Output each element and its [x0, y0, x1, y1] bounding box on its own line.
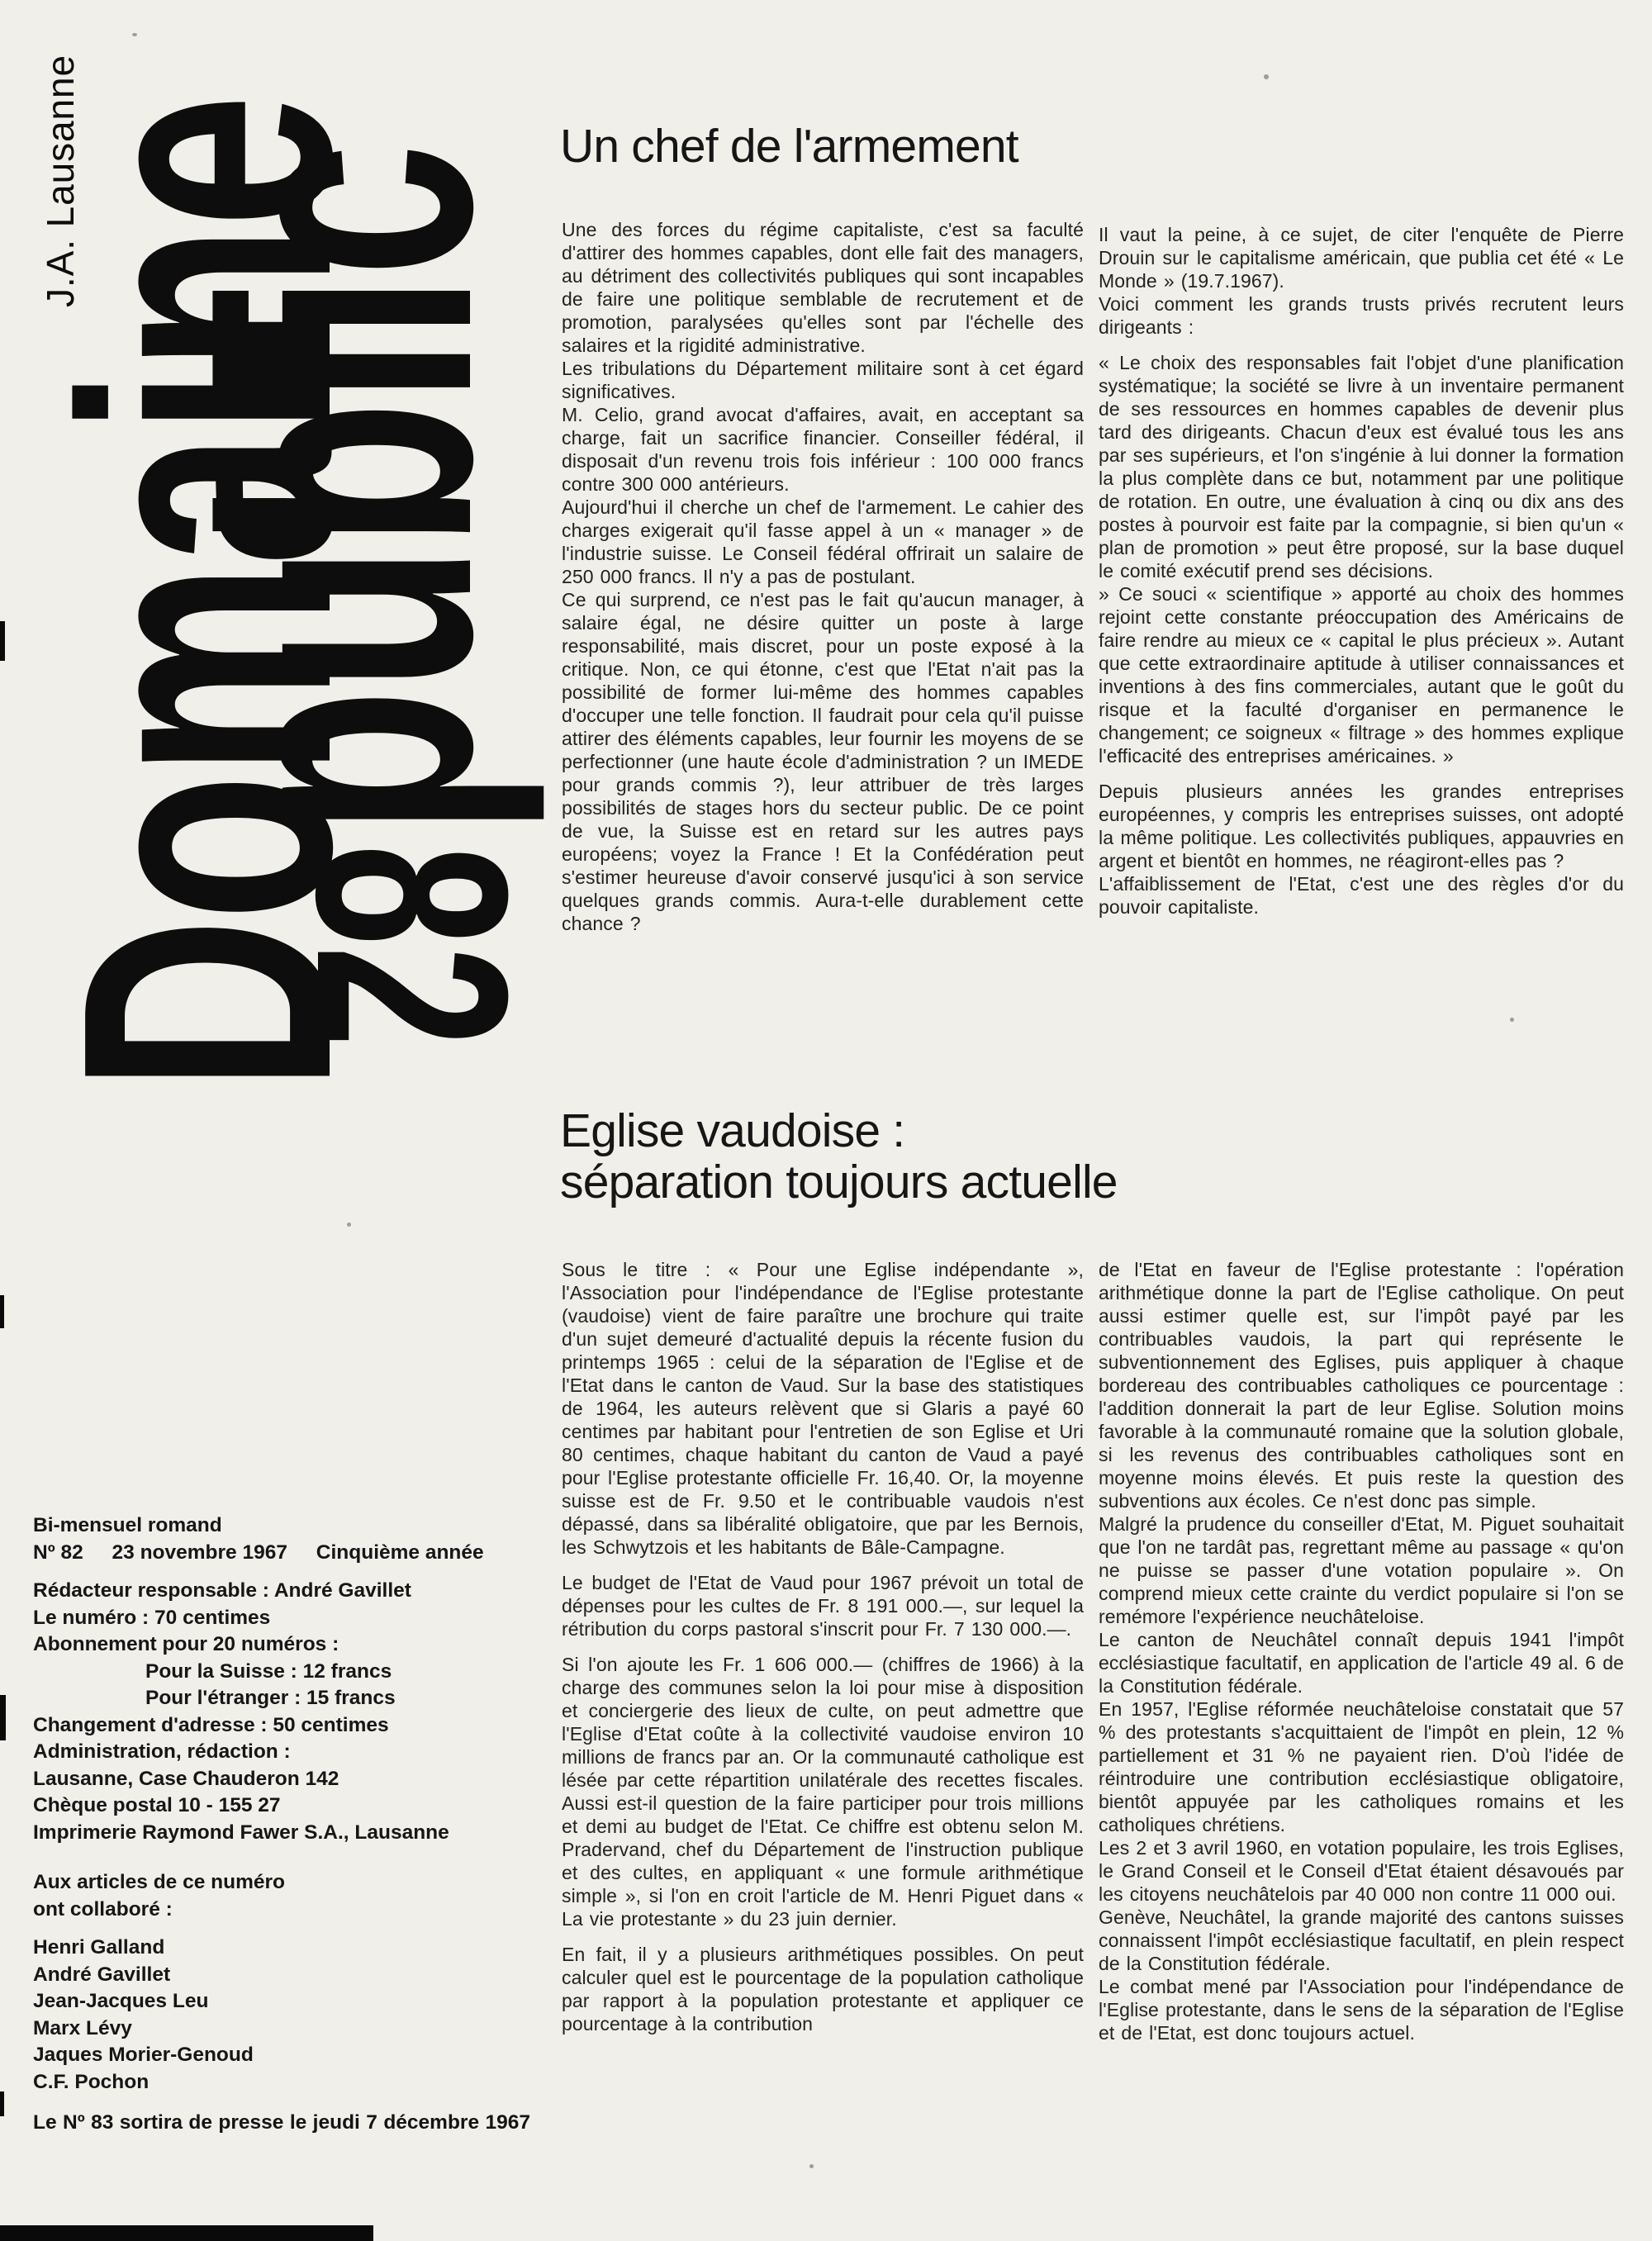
article-paragraph: En fait, il y a plusieurs arithmétiques … — [562, 1943, 1084, 2035]
article-paragraph: Une des forces du régime capitaliste, c'… — [562, 218, 1084, 357]
imprint-block: Bi-mensuel romand Nº 82 23 novembre 1967… — [33, 1512, 530, 2096]
contributor-name: André Gavillet — [33, 1962, 530, 1989]
article2-headline-line1: Eglise vaudoise : — [560, 1105, 1118, 1156]
imprint-address: Lausanne, Case Chauderon 142 — [33, 1766, 530, 1793]
article2-headline-line2: séparation toujours actuelle — [560, 1156, 1118, 1208]
masthead-title-public: public — [170, 146, 525, 836]
contributors-heading: Aux articles de ce numéro — [33, 1869, 530, 1897]
article-paragraph: Depuis plusieurs années les grandes entr… — [1099, 780, 1624, 872]
contributor-name: Henri Galland — [33, 1935, 530, 1962]
article2-column-2: de l'Etat en faveur de l'Eglise protesta… — [1099, 1258, 1624, 2044]
article-paragraph: Le canton de Neuchâtel connaît depuis 19… — [1099, 1628, 1624, 1697]
article-paragraph: Voici comment les grands trusts privés r… — [1099, 292, 1624, 339]
article-paragraph: Ce qui surprend, ce n'est pas le fait qu… — [562, 588, 1084, 935]
imprint-address-change: Changement d'adresse : 50 centimes — [33, 1712, 530, 1740]
article2-headline: Eglise vaudoise : séparation toujours ac… — [560, 1105, 1118, 1208]
article-paragraph: Les 2 et 3 avril 1960, en votation popul… — [1099, 1836, 1624, 1906]
imprint-postal-account: Chèque postal 10 - 155 27 — [33, 1792, 530, 1820]
article-paragraph: de l'Etat en faveur de l'Eglise protesta… — [1099, 1258, 1624, 1512]
scan-speck — [1510, 1018, 1514, 1022]
scan-speck — [347, 1223, 351, 1227]
next-issue-announcement: Le Nº 83 sortira de presse le jeudi 7 dé… — [33, 2111, 530, 2134]
article-paragraph: Malgré la prudence du conseiller d'Etat,… — [1099, 1512, 1624, 1628]
article1-column-1: Une des forces du régime capitaliste, c'… — [562, 218, 1084, 935]
article-paragraph: L'affaiblissement de l'Etat, c'est une d… — [1099, 872, 1624, 919]
imprint-issue-date: 23 novembre 1967 — [112, 1540, 287, 1567]
imprint-administration: Administration, rédaction : — [33, 1739, 530, 1766]
contributor-name: Jean-Jacques Leu — [33, 1988, 530, 2015]
article-paragraph: Le combat mené par l'Association pour l'… — [1099, 1975, 1624, 2044]
imprint-periodicity: Bi-mensuel romand — [33, 1512, 530, 1540]
article-quote-paragraph: » Ce souci « scientifique » apporté au c… — [1099, 582, 1624, 767]
imprint-editor: Rédacteur responsable : André Gavillet — [33, 1578, 530, 1605]
scan-speck — [1264, 74, 1269, 79]
imprint-printer: Imprimerie Raymond Fawer S.A., Lausanne — [33, 1820, 530, 1847]
contributor-name: C.F. Pochon — [33, 2069, 530, 2096]
imprint-subscription: Abonnement pour 20 numéros : — [33, 1631, 530, 1659]
article-paragraph: Aujourd'hui il cherche un chef de l'arme… — [562, 496, 1084, 588]
contributors-heading: ont collaboré : — [33, 1897, 530, 1924]
scan-speck — [809, 2164, 814, 2168]
article1-headline: Un chef de l'armement — [560, 121, 1018, 172]
contributors-list: Henri Galland André Gavillet Jean-Jacque… — [33, 1935, 530, 2096]
imprint-subscription-ch: Pour la Suisse : 12 francs — [33, 1659, 530, 1686]
imprint-issue-year: Cinquième année — [316, 1540, 484, 1567]
article-paragraph: Il vaut la peine, à ce sujet, de citer l… — [1099, 223, 1624, 292]
imprint-issue-line: Nº 82 23 novembre 1967 Cinquième année — [33, 1540, 530, 1567]
article-paragraph: Genève, Neuchâtel, la grande majorité de… — [1099, 1906, 1624, 1975]
scan-artifact-bar — [0, 2225, 373, 2241]
article-paragraph: Si l'on ajoute les Fr. 1 606 000.— (chif… — [562, 1653, 1084, 1930]
article-quote-paragraph: « Le choix des responsables fait l'objet… — [1099, 351, 1624, 582]
imprint-price: Le numéro : 70 centimes — [33, 1605, 530, 1632]
scanned-journal-page: { "masthead": { "agency_line": "J.A. Lau… — [0, 0, 1652, 2241]
scan-artifact-edge — [0, 2091, 4, 2116]
article2-column-1: Sous le titre : « Pour une Eglise indépe… — [562, 1258, 1084, 2035]
imprint-subscription-abroad: Pour l'étranger : 15 francs — [33, 1685, 530, 1712]
article-paragraph: Les tribulations du Département militair… — [562, 357, 1084, 403]
scan-speck — [132, 33, 137, 36]
article-paragraph: Sous le titre : « Pour une Eglise indépe… — [562, 1258, 1084, 1559]
contributor-name: Marx Lévy — [33, 2015, 530, 2043]
masthead-issue-number: 82 — [276, 844, 548, 1047]
imprint-issue-number: Nº 82 — [33, 1540, 83, 1567]
contributor-name: Jaques Morier-Genoud — [33, 2042, 530, 2069]
scan-artifact-edge — [0, 1295, 4, 1328]
scan-artifact-edge — [0, 1695, 6, 1740]
article-paragraph: M. Celio, grand avocat d'affaires, avait… — [562, 403, 1084, 496]
article1-column-2: Il vaut la peine, à ce sujet, de citer l… — [1099, 223, 1624, 919]
article-paragraph: Le budget de l'Etat de Vaud pour 1967 pr… — [562, 1571, 1084, 1640]
article-paragraph: En 1957, l'Eglise réformée neuchâteloise… — [1099, 1697, 1624, 1836]
scan-artifact-edge — [0, 621, 5, 661]
